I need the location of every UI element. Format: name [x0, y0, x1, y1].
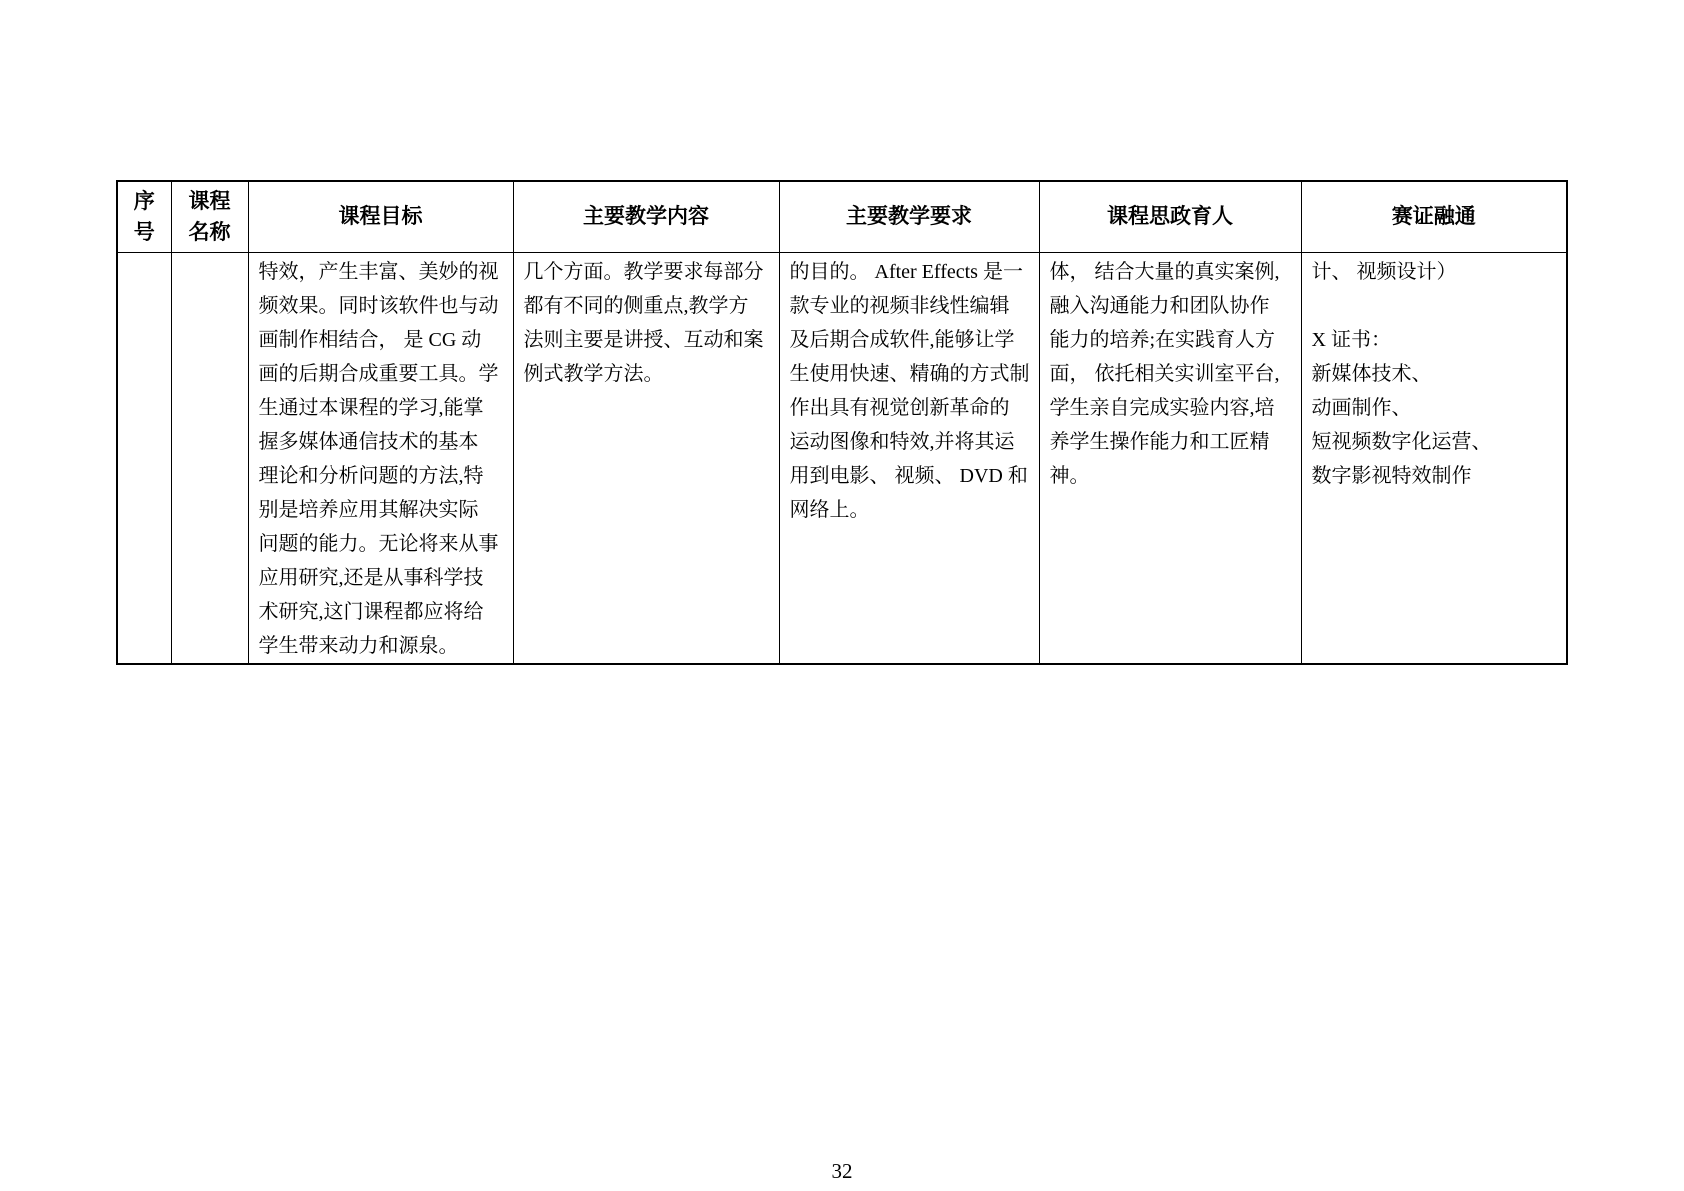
cell-main-teaching-requirements: 的目的。 After Effects 是一 款专业的视频非线性编辑 及后期合成软…: [779, 252, 1039, 664]
header-course-objectives: 课程目标: [248, 181, 513, 252]
header-main-teaching-content: 主要教学内容: [513, 181, 779, 252]
header-row: 序 号 课程 名称 课程目标 主要教学内容 主要教学要求 课程思政育人 赛证融通: [117, 181, 1567, 252]
header-seq-number: 序 号: [117, 181, 171, 252]
cell-course-name: [171, 252, 248, 664]
document-page: 序 号 课程 名称 课程目标 主要教学内容 主要教学要求 课程思政育人 赛证融通…: [0, 0, 1684, 1191]
page-number: 32: [0, 1158, 1684, 1184]
cell-main-teaching-content: 几个方面。教学要求每部分 都有不同的侧重点,教学方 法则主要是讲授、互动和案 例…: [513, 252, 779, 664]
course-table: 序 号 课程 名称 课程目标 主要教学内容 主要教学要求 课程思政育人 赛证融通…: [116, 180, 1568, 665]
table-row: 特效，产生丰富、美妙的视 频效果。同时该软件也与动 画制作相结合， 是 CG 动…: [117, 252, 1567, 664]
header-competition-certificate-integration: 赛证融通: [1301, 181, 1567, 252]
cell-competition-certificate-integration: 计、 视频设计） X 证书： 新媒体技术、 动画制作、 短视频数字化运营、 数字…: [1301, 252, 1567, 664]
cell-seq-number: [117, 252, 171, 664]
cell-course-objectives: 特效，产生丰富、美妙的视 频效果。同时该软件也与动 画制作相结合， 是 CG 动…: [248, 252, 513, 664]
header-course-name: 课程 名称: [171, 181, 248, 252]
cell-ideological-education: 体， 结合大量的真实案例, 融入沟通能力和团队协作 能力的培养;在实践育人方 面…: [1039, 252, 1301, 664]
header-main-teaching-requirements: 主要教学要求: [779, 181, 1039, 252]
header-ideological-education: 课程思政育人: [1039, 181, 1301, 252]
